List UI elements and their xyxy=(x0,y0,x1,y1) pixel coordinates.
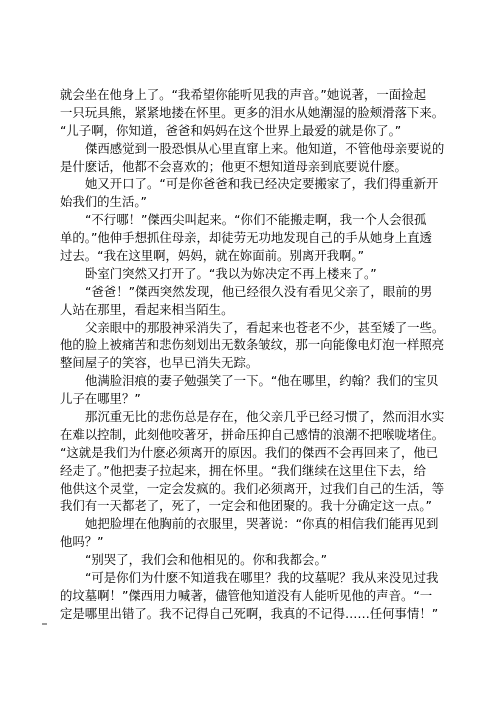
text-line: “不行哪！”傑西尖叫起来。“你们不能搬走啊，我一个人会很孤 xyxy=(60,211,446,229)
text-line: 定是哪里出错了。我不记得自己死啊，我真的不记得……任何事情！” xyxy=(60,605,446,623)
text-line: 她把脸埋在他胸前的衣服里，哭著说：“你真的相信我们能再见到 xyxy=(60,515,446,533)
scan-speck-artifact xyxy=(42,623,47,625)
text-line: 整间屋子的笑容，也早已消失无踪。 xyxy=(60,354,446,372)
text-line: 儿子在哪里？” xyxy=(60,390,446,408)
text-line: “这就是我们为什麽必须离开的原因。我们的傑西不会再回来了，他已 xyxy=(60,444,446,462)
text-line: 始我们的生活。” xyxy=(60,193,446,211)
text-line: 经走了。”他把妻子拉起来，拥在怀里。“我们继续在这里住下去，给 xyxy=(60,462,446,480)
text-line: 我们有一天都老了，死了，一定会和他团聚的。我十分确定这一点。” xyxy=(60,497,446,515)
text-line: 他供这个灵堂，一定会发疯的。我们必须离开，过我们自己的生活，等 xyxy=(60,480,446,498)
text-line: 人站在那里，看起来相当陌生。 xyxy=(60,301,446,319)
text-line: 他满脸泪痕的妻子勉强笑了一下。“他在哪里，约翰？我们的宝贝 xyxy=(60,372,446,390)
text-line: 的坟墓啊！”傑西用力喊著，儘管他知道没有人能听见他的声音。“一 xyxy=(60,587,446,605)
text-line: 他吗？” xyxy=(60,533,446,551)
book-page: 就会坐在他身上了。“我希望你能听见我的声音。”她说著，一面捡起 一只玩具熊，紧紧… xyxy=(0,0,501,711)
text-block: 就会坐在他身上了。“我希望你能听见我的声音。”她说著，一面捡起 一只玩具熊，紧紧… xyxy=(60,86,446,623)
text-line: 他的脸上被痛苦和悲伤刻划出无数条皱纹，那一向能像电灯泡一样照亮 xyxy=(60,336,446,354)
text-line: 那沉重无比的悲伤总是存在，他父亲几乎已经习惯了，然而泪水实 xyxy=(60,408,446,426)
text-line: “儿子啊，你知道，爸爸和妈妈在这个世界上最爱的就是你了。” xyxy=(60,122,446,140)
text-line: 一只玩具熊，紧紧地搂在怀里。更多的泪水从她潮湿的脸颊滑落下来。 xyxy=(60,104,446,122)
text-line: 父亲眼中的那股神采消失了，看起来也苍老不少，甚至矮了一些。 xyxy=(60,319,446,337)
text-line: 卧室门突然又打开了。“我以为妳决定不再上楼来了。” xyxy=(60,265,446,283)
text-line: 傑西感觉到一股恐惧从心里直窜上来。他知道，不管他母亲要说的 xyxy=(60,140,446,158)
text-line: 在难以控制，此刻他咬著牙，拼命压抑自己感情的浪潮不把喉咙堵住。 xyxy=(60,426,446,444)
text-line: “别哭了，我们会和他相见的。你和我都会。” xyxy=(60,551,446,569)
text-line: 过去。“我在这里啊，妈妈，就在妳面前。别离开我啊。” xyxy=(60,247,446,265)
text-line: 就会坐在他身上了。“我希望你能听见我的声音。”她说著，一面捡起 xyxy=(60,86,446,104)
text-line: “爸爸！”傑西突然发现，他已经很久没有看见父亲了，眼前的男 xyxy=(60,283,446,301)
text-line: 单的。”他伸手想抓住母亲，却徒劳无功地发现自己的手从她身上直透 xyxy=(60,229,446,247)
text-line: “可是你们为什麽不知道我在哪里？我的坟墓呢？我从来没见过我 xyxy=(60,569,446,587)
text-line: 她又开口了。“可是你爸爸和我已经决定要搬家了，我们得重新开 xyxy=(60,175,446,193)
text-line: 是什麽话，他都不会喜欢的；他更不想知道母亲到底要说什麽。 xyxy=(60,158,446,176)
